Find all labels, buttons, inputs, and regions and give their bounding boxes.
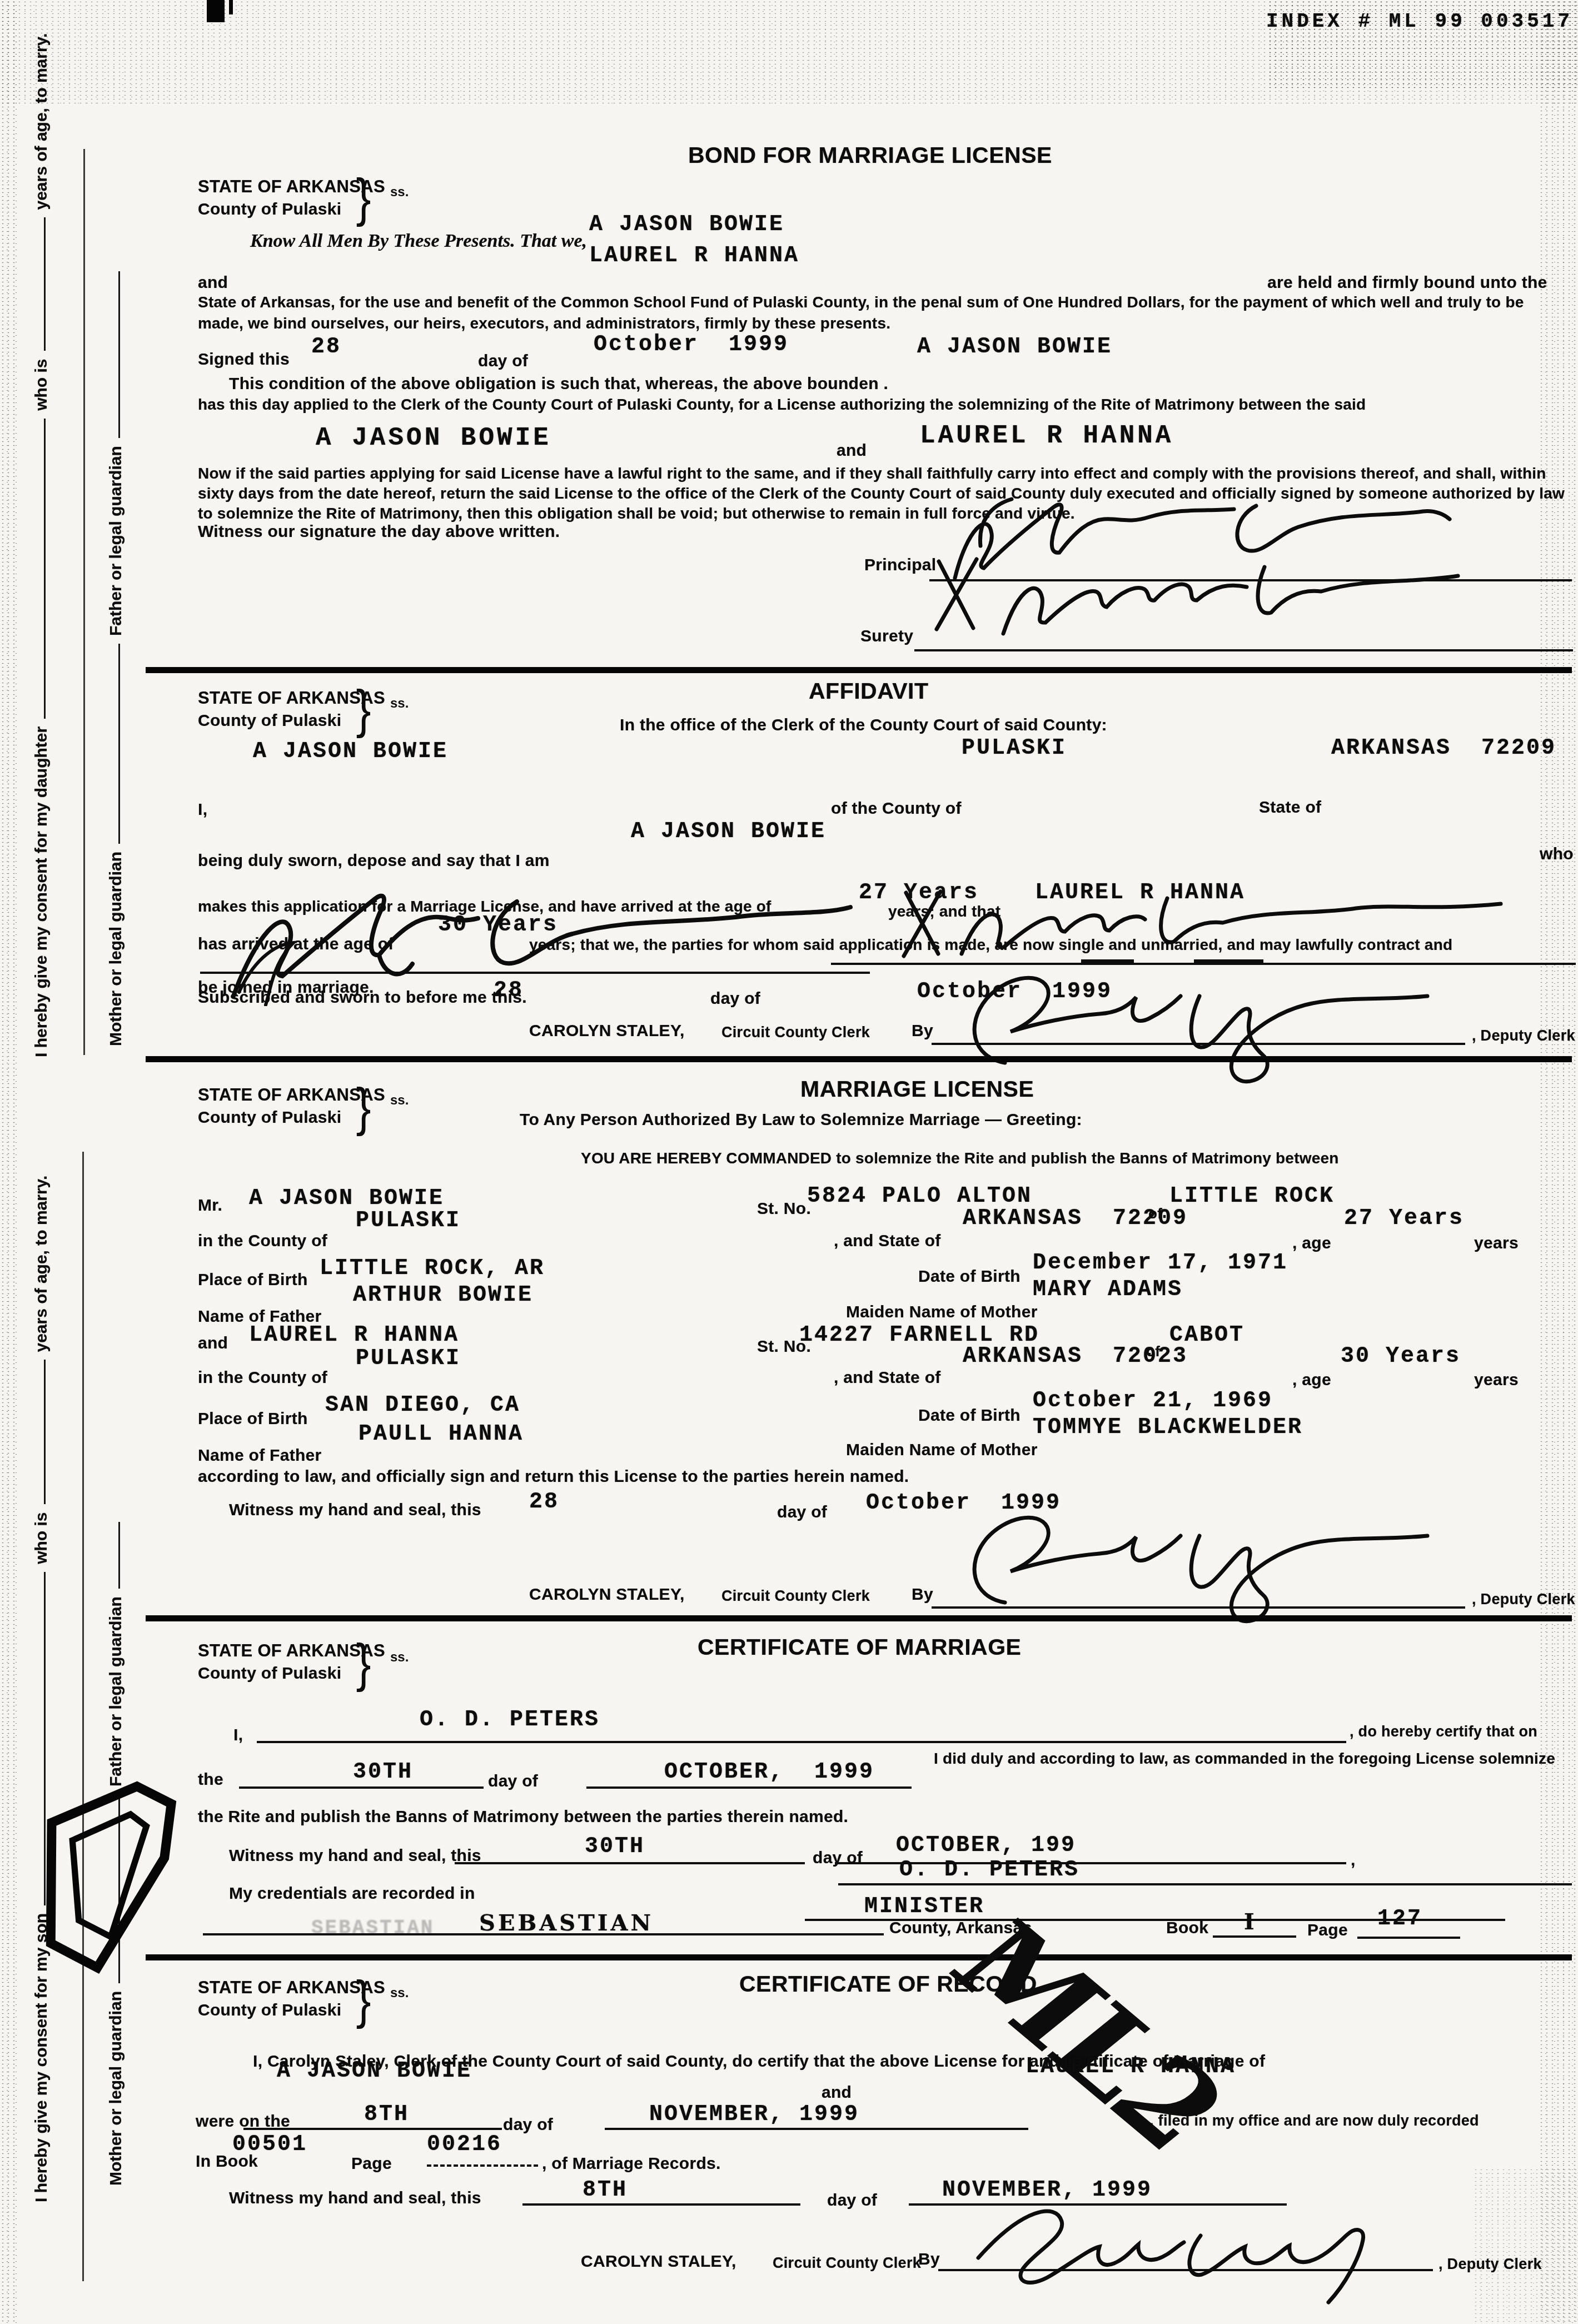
bond-body-line2: made, we bind ourselves, our heirs, exec… xyxy=(198,315,890,332)
of-county-label: of the County of xyxy=(831,799,962,818)
years-label: years xyxy=(1474,1371,1519,1390)
day-of-label: day of xyxy=(478,352,528,371)
page-label: Page xyxy=(351,2154,392,2173)
groom-dob: December 17, 1971 xyxy=(1033,1251,1288,1276)
margin-rule xyxy=(83,149,85,1055)
recording-deputy-signature xyxy=(945,2191,1462,2319)
license-groom-name: A JASON BOWIE xyxy=(249,1186,444,1211)
margin-father-label: Father or legal guardian xyxy=(107,446,126,636)
margin-years-label: years of age, to marry. xyxy=(32,33,51,210)
affidavit-applicant-name-2: A JASON BOWIE xyxy=(631,819,826,844)
groom-state-zip: ARKANSAS 72209 xyxy=(963,1206,1188,1231)
cert-marriage-wit-day: 30TH xyxy=(585,1834,645,1859)
bond-signed-name: A JASON BOWIE xyxy=(917,335,1112,360)
scan-noise-right-edge xyxy=(1539,0,1578,2324)
and-state-label: , and State of xyxy=(834,1232,941,1251)
bond-bride-name-2: LAUREL R HANNA xyxy=(920,421,1173,450)
subscribed-day: 28 xyxy=(494,978,524,1003)
brace-glyph: } xyxy=(356,679,371,740)
and-label: and xyxy=(837,441,867,460)
license-day: 28 xyxy=(529,1490,559,1515)
bond-nowif-line1: Now if the said parties applying for sai… xyxy=(198,465,1546,482)
bond-signed-day: 28 xyxy=(311,335,341,360)
filed-text: , filed in my office and are now duly re… xyxy=(1149,2112,1479,2129)
section-divider xyxy=(146,667,1572,673)
clerk-name: CAROLYN STALEY, xyxy=(529,1022,685,1041)
groom-street: 5824 PALO ALTON xyxy=(807,1184,1032,1209)
clerk-name: CAROLYN STALEY, xyxy=(529,1585,685,1604)
deputy-clerk-label: , Deputy Clerk xyxy=(1472,1591,1575,1608)
bond-groom-name-2: A JASON BOWIE xyxy=(316,424,551,452)
pob-label: Place of Birth xyxy=(198,1271,308,1290)
groom-county: PULASKI xyxy=(356,1208,461,1233)
credentials-line xyxy=(203,1933,884,1935)
deputy-clerk-label: , Deputy Clerk xyxy=(1438,2256,1542,2273)
surety-label: Surety xyxy=(860,627,913,646)
blank-line xyxy=(38,419,46,719)
license-according-text: according to law, and officially sign an… xyxy=(198,1467,909,1486)
dob-label: Date of Birth xyxy=(918,1267,1021,1286)
and-label: and xyxy=(198,273,228,292)
know-all-men-text: Know All Men By These Presents. That we, xyxy=(250,231,587,252)
deputy-clerk-signature xyxy=(938,963,1472,1091)
scan-noise-left-edge xyxy=(0,0,17,2324)
groom-father: ARTHUR BOWIE xyxy=(353,1283,533,1308)
cert-marriage-date: OCTOBER, 1999 xyxy=(664,1760,874,1785)
credentials-county: SEBASTIAN xyxy=(479,1910,654,1936)
clerk-title: Circuit County Clerk xyxy=(721,1024,870,1041)
did-duly-text: I did duly and according to law, as comm… xyxy=(934,1750,1555,1768)
affidavit-applicant-name: A JASON BOWIE xyxy=(253,739,448,764)
affidavit-county-value: PULASKI xyxy=(962,736,1067,761)
clerk-name: CAROLYN STALEY, xyxy=(581,2252,736,2271)
book-value: I xyxy=(1244,1909,1256,1935)
margin-father-label: Father or legal guardian xyxy=(107,1596,126,1786)
blank-line xyxy=(1213,1935,1296,1938)
day-of-label: day of xyxy=(710,989,760,1008)
and-state-label: , and State of xyxy=(834,1368,941,1387)
officiant-name-line xyxy=(257,1741,1346,1743)
cert-marriage-day: 30TH xyxy=(353,1760,413,1785)
blank-line xyxy=(586,1786,912,1789)
margin-rule xyxy=(82,1152,84,2281)
ss-label: ss. xyxy=(390,185,409,200)
blank-line xyxy=(605,2128,1028,2130)
credentials-text: My credentials are recorded in xyxy=(229,1884,475,1903)
certify-text: , do hereby certify that on xyxy=(1350,1723,1537,1740)
groom-age: 27 Years xyxy=(1344,1206,1464,1231)
county-label: County of Pulaski xyxy=(198,1108,341,1127)
section-divider xyxy=(146,1954,1572,1960)
i-label: I, xyxy=(198,800,207,819)
subscribed-text: Subscribed and sworn to before me this. xyxy=(198,988,527,1007)
blank-line xyxy=(38,1360,46,1505)
page-value: 127 xyxy=(1377,1907,1422,1932)
pob-label: Place of Birth xyxy=(198,1410,308,1429)
bride-dob: October 21, 1969 xyxy=(1033,1389,1273,1414)
brace-glyph: } xyxy=(356,168,371,228)
blank-line xyxy=(113,271,120,438)
scan-noise-bottom-right xyxy=(1473,2168,1578,2324)
father-label: Name of Father xyxy=(198,1446,322,1465)
brace-glyph: } xyxy=(356,1077,371,1138)
margin-guardian-strip-top: Mother or legal guardian Father or legal… xyxy=(107,271,126,1046)
margin-who-is-label: who is xyxy=(32,1512,51,1564)
day-of-label: day of xyxy=(488,1772,538,1791)
by-label: By xyxy=(912,1022,933,1041)
margin-years-label: years of age, to marry. xyxy=(32,1176,51,1352)
in-book-label: In Book xyxy=(196,2152,258,2171)
bond-nowif-line3: to solemnize the Rite of Matrimony, then… xyxy=(198,505,1075,522)
day-of-label: day of xyxy=(827,2191,877,2210)
ss-label: ss. xyxy=(390,696,409,711)
and-label: and xyxy=(822,2083,852,2102)
mr-label: Mr. xyxy=(198,1196,222,1215)
affidavit-state-value: ARKANSAS 72209 xyxy=(1331,736,1556,761)
bond-groom-name: A JASON BOWIE xyxy=(589,212,784,237)
blank-line xyxy=(38,218,46,351)
bond-witness-text: Witness our signature the day above writ… xyxy=(198,522,560,541)
bond-condition1: This condition of the above obligation i… xyxy=(229,375,888,394)
stamp-mark xyxy=(16,1768,203,1990)
cert-record-date: NOVEMBER, 1999 xyxy=(649,2102,859,2127)
cert-record-witness-text: Witness my hand and seal, this xyxy=(229,2189,481,2208)
officiant-line xyxy=(838,1883,1572,1885)
margin-consent-daughter-label: I hereby give my consent for my daughter xyxy=(32,726,51,1057)
bond-held-text: are held and firmly bound unto the xyxy=(1267,273,1547,292)
ink-blot xyxy=(207,0,225,22)
mother-label: Maiden Name of Mother xyxy=(846,1303,1038,1322)
page-label: Page xyxy=(1307,1921,1348,1940)
deputy-clerk-label: , Deputy Clerk xyxy=(1472,1027,1575,1044)
dob-label: Date of Birth xyxy=(918,1406,1021,1425)
cert-marriage-witness-text: Witness my hand and seal, this xyxy=(229,1847,481,1865)
ss-label: ss. xyxy=(390,1093,409,1108)
bride-pob: SAN DIEGO, CA xyxy=(325,1393,520,1418)
groom-pob: LITTLE ROCK, AR xyxy=(320,1256,545,1281)
comma-glyph: , xyxy=(1351,1851,1356,1870)
age-label: , age xyxy=(1292,1371,1331,1390)
deputy-clerk-signature xyxy=(938,1500,1472,1633)
blank-line xyxy=(113,644,120,844)
by-label: By xyxy=(912,1585,933,1604)
bond-title: BOND FOR MARRIAGE LICENSE xyxy=(688,142,1052,168)
signed-this-label: Signed this xyxy=(198,350,290,369)
brace-glyph: } xyxy=(356,1970,371,2031)
blank-line xyxy=(113,1522,120,1589)
blank-line xyxy=(455,1862,805,1864)
book-label: Book xyxy=(1166,1919,1208,1938)
state-of-label: State of xyxy=(1259,798,1321,817)
i-label: I, xyxy=(233,1726,243,1745)
margin-mother-label: Mother or legal guardian xyxy=(107,1991,126,2186)
officiant-name: O. D. PETERS xyxy=(420,1708,600,1733)
groom-city: LITTLE ROCK xyxy=(1169,1184,1335,1209)
in-county-label: in the County of xyxy=(198,1232,327,1251)
bride-mother: TOMMYE BLACKWELDER xyxy=(1033,1415,1303,1440)
margin-consent-daughter-strip: I hereby give my consent for my daughter… xyxy=(32,33,51,1057)
day-of-label: day of xyxy=(503,2116,553,2134)
age-label: , age xyxy=(1292,1234,1331,1253)
groom-mother: MARY ADAMS xyxy=(1033,1277,1183,1302)
years-label: years xyxy=(1474,1234,1519,1253)
ink-blot xyxy=(229,0,233,14)
bride-county: PULASKI xyxy=(356,1346,461,1371)
marriage-license-document: INDEX # ML 99 003517 I hereby give my co… xyxy=(0,0,1578,2324)
cert-record-wit-day: 8TH xyxy=(583,2178,628,2203)
bond-condition2: has this day applied to the Clerk of the… xyxy=(198,396,1366,414)
ss-label: ss. xyxy=(390,1650,409,1665)
bond-body-line1: State of Arkansas, for the use and benef… xyxy=(198,293,1524,311)
records-label: , of Marriage Records. xyxy=(542,2154,721,2173)
blank-line xyxy=(1357,1937,1460,1939)
surety-signature xyxy=(920,545,1481,653)
st-no-label: St. No. xyxy=(757,1200,811,1218)
section-divider xyxy=(146,1056,1572,1062)
bride-state-zip: ARKANSAS 72023 xyxy=(963,1344,1188,1369)
who-label: who xyxy=(1540,845,1574,864)
by-label: By xyxy=(918,2250,940,2269)
index-number: INDEX # ML 99 003517 xyxy=(1139,10,1573,33)
affidavit-office-line: In the office of the Clerk of the County… xyxy=(620,716,1107,735)
in-county-label: in the County of xyxy=(198,1368,327,1387)
license-greeting: To Any Person Authorized By Law to Solem… xyxy=(520,1111,1082,1129)
license-commanded: YOU ARE HEREBY COMMANDED to solemnize th… xyxy=(581,1149,1338,1167)
blank-line xyxy=(522,2203,800,2206)
the-label: the xyxy=(198,1770,223,1789)
minister-title: MINISTER xyxy=(864,1894,984,1919)
day-of-label: day of xyxy=(777,1503,827,1522)
county-label: County of Pulaski xyxy=(198,1664,341,1683)
blank-line xyxy=(243,2128,502,2130)
day-of-label: day of xyxy=(813,1849,863,1868)
record-page-number: 00216 xyxy=(427,2132,502,2157)
blank-line xyxy=(427,2164,538,2167)
margin-consent-son-strip: I hereby give my consent for my son who … xyxy=(32,1176,51,2202)
bride-age: 30 Years xyxy=(1341,1344,1461,1369)
margin-mother-label: Mother or legal guardian xyxy=(107,852,126,1046)
credentials-county-ghost: SEBASTIAN xyxy=(311,1917,434,1939)
bond-bride-name: LAUREL R HANNA xyxy=(589,243,799,268)
affidavit-sworn-text: being duly sworn, depose and say that I … xyxy=(198,852,550,870)
officiant-name-2: O. D. PETERS xyxy=(899,1858,1079,1883)
bond-signed-month: October 1999 xyxy=(594,332,789,357)
co-affiant-signature xyxy=(889,882,1523,971)
license-bride-name: LAUREL R HANNA xyxy=(249,1323,459,1348)
cert-marriage-wit-date: OCTOBER, 199 xyxy=(896,1833,1076,1858)
blank-line xyxy=(239,1786,484,1789)
cert-record-bride-name: LAUREL R HANNA xyxy=(1026,2054,1236,2079)
cert-record-groom-name: A JASON BOWIE xyxy=(277,2059,472,2084)
bride-father: PAULL HANNA xyxy=(359,1422,524,1447)
ss-label: ss. xyxy=(390,1985,409,2001)
section-divider xyxy=(146,1615,1572,1621)
clerk-title: Circuit County Clerk xyxy=(721,1588,870,1605)
county-label: County of Pulaski xyxy=(198,200,341,219)
cert-marriage-title: CERTIFICATE OF MARRIAGE xyxy=(698,1634,1021,1660)
margin-who-is-label: who is xyxy=(32,359,51,411)
mother-label: Maiden Name of Mother xyxy=(846,1441,1038,1460)
brace-glyph: } xyxy=(356,1633,371,1694)
affidavit-title: AFFIDAVIT xyxy=(809,678,929,704)
license-title: MARRIAGE LICENSE xyxy=(800,1076,1034,1102)
clerk-title: Circuit County Clerk xyxy=(773,2255,921,2272)
license-witness-text: Witness my hand and seal, this xyxy=(229,1501,481,1520)
county-label: County of Pulaski xyxy=(198,711,341,730)
cert-record-day: 8TH xyxy=(364,2102,409,2127)
rite-text: the Rite and publish the Banns of Matrim… xyxy=(198,1808,848,1827)
county-label: County of Pulaski xyxy=(198,2001,341,2020)
and-label: and xyxy=(198,1334,228,1353)
